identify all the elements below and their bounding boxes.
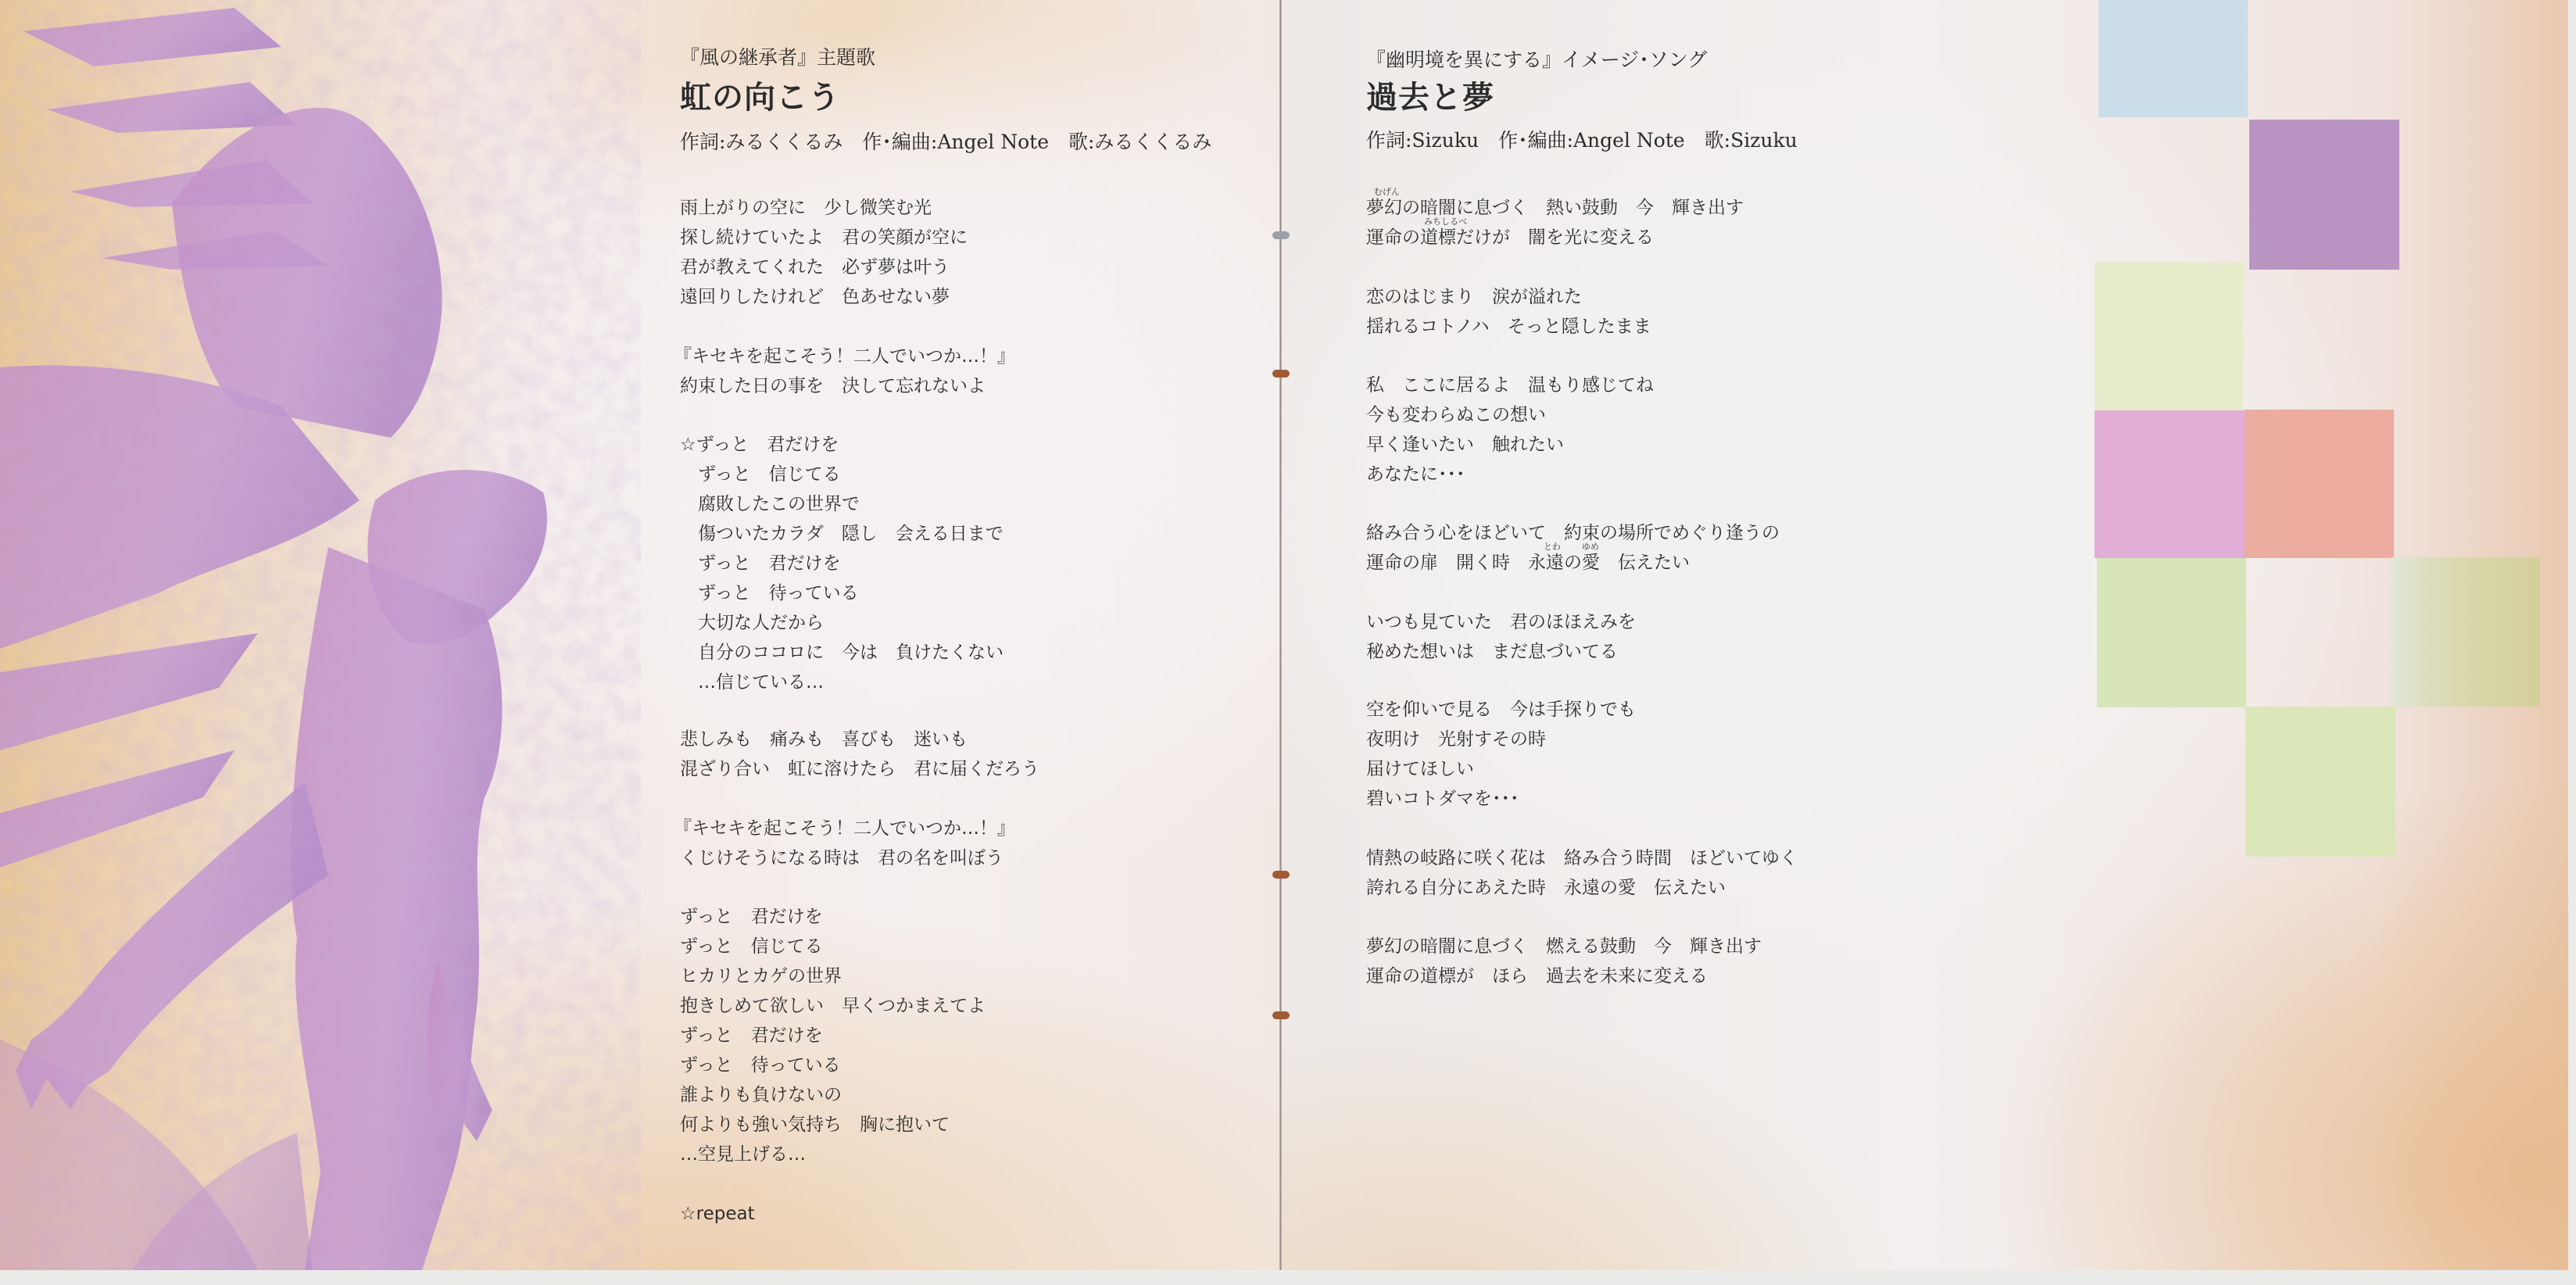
lyric-line: 悲しみも 痛みも 喜びも 迷いも: [680, 728, 968, 751]
lyric-line: ずっと 君だけを: [680, 905, 823, 929]
lyric-line: 腐敗したこの世界で: [680, 492, 860, 516]
color-square-light-green: [2097, 558, 2246, 707]
lyric-line: ずっと 君だけを: [680, 1024, 823, 1047]
lyric-line: 『キセキを起こそう！二人でいつか…！』: [674, 817, 1015, 840]
lyric-line: 夢幻の暗闇に息づく 燃える鼓動 今 輝き出す: [1366, 935, 1762, 958]
winged-figure-silhouette-illustration: [0, 0, 641, 1270]
color-square-purple: [2249, 120, 2399, 270]
lyric-line: 早く逢いたい 触れたい: [1366, 433, 1564, 456]
staple-stitch: [1272, 1011, 1290, 1019]
lyric-line: あなたに･･･: [1366, 463, 1465, 486]
color-square-light-green-bottom: [2245, 707, 2395, 857]
lyric-line: 何よりも強い気持ち 胸に抱いて: [680, 1113, 950, 1136]
lyric-line: ずっと 待っている: [680, 582, 859, 605]
lyric-line: 大切な人だから: [680, 611, 824, 635]
lyric-line: 探し続けていたよ 君の笑顔が空に: [680, 226, 968, 249]
lyric-line: 運命の道標だけが 闇を光に変える: [1366, 226, 1654, 249]
lyric-line: 絡み合う心をほどいて 約束の場所でめぐり逢うの: [1366, 521, 1780, 545]
song-credits: 作詞:みるくくるみ 作･編曲:Angel Note 歌:みるくくるみ: [680, 130, 1211, 155]
lyric-line: 秘めた想いは まだ息づいてる: [1366, 640, 1618, 664]
staple-stitch: [1272, 370, 1290, 378]
lyric-line: 運命の道標が ほら 過去を未来に変える: [1366, 965, 1708, 988]
song-credits: 作詞:Sizuku 作･編曲:Angel Note 歌:Sizuku: [1366, 128, 1798, 153]
song-subtitle: 『幽明境を異にする』イメージ･ソング: [1366, 48, 1707, 73]
lyric-line: …空見上げる…: [680, 1143, 806, 1166]
lyric-line: 約束した日の事を 決して忘れないよ: [680, 374, 986, 398]
song-subtitle: 『風の継承者』主題歌: [680, 45, 875, 70]
lyric-line: ヒカリとカゲの世界: [680, 965, 842, 988]
lyric-line: 夢幻の暗闇に息づく 熱い鼓動 今 輝き出す: [1366, 196, 1744, 220]
lyric-line: 運命の扉 開く時 永遠の愛 伝えたい: [1366, 551, 1690, 574]
lyric-line: いつも見ていた 君のほほえみを: [1366, 610, 1636, 634]
left-page: 『風の継承者』主題歌 虹の向こう 作詞:みるくくるみ 作･編曲:Angel No…: [0, 0, 1281, 1270]
color-square-blue: [2098, 0, 2248, 117]
lyric-line: 自分のココロに 今は 負けたくない: [680, 641, 1004, 664]
repeat-marker: ☆repeat: [680, 1202, 755, 1226]
lyric-line: 傷ついたカラダ 隠し 会える日まで: [680, 522, 1004, 546]
lyric-line: 君が教えてくれた 必ず夢は叶う: [680, 256, 950, 279]
lyric-line: 混ざり合い 虹に溶けたら 君に届くだろう: [680, 757, 1039, 781]
lyric-line: 恋のはじまり 涙が溢れた: [1366, 285, 1582, 309]
lyric-line: 雨上がりの空に 少し微笑む光: [680, 196, 932, 220]
lyric-line: 空を仰いで見る 今は手探りでも: [1366, 698, 1636, 721]
staple-stitch: [1272, 231, 1290, 239]
lyric-line: ずっと 信じてる: [680, 935, 823, 958]
lyric-line: 私 ここに居るよ 温もり感じてね: [1366, 374, 1654, 397]
song-title: 過去と夢: [1366, 79, 1494, 116]
lyric-line: くじけそうになる時は 君の名を叫ぼう: [680, 847, 1004, 870]
lyric-line: 誰よりも負けないの: [680, 1083, 842, 1107]
lyric-line: 夜明け 光射すその時: [1366, 728, 1546, 751]
lyric-line: …信じている…: [680, 671, 824, 694]
lyric-line: 揺れるコトノハ そっと隠したまま: [1366, 315, 1651, 338]
lyric-line: 『キセキを起こそう！二人でいつか…！』: [674, 345, 1015, 368]
lyric-line: 届けてほしい: [1366, 757, 1474, 781]
lyric-line: ずっと 信じてる: [680, 463, 841, 486]
lyric-line: 今も変わらぬこの想い: [1366, 403, 1546, 427]
right-page: 『幽明境を異にする』イメージ･ソング 過去と夢 作詞:Sizuku 作･編曲:A…: [1281, 0, 2568, 1270]
lyric-line: 遠回りしたけれど 色あせない夢: [680, 285, 950, 309]
booklet-spine: [1279, 0, 1282, 1270]
staple-stitch: [1272, 871, 1290, 879]
lyric-line: ずっと 待っている: [680, 1054, 841, 1077]
song-title: 虹の向こう: [680, 79, 840, 116]
lyric-line: 碧いコトダマを･･･: [1366, 787, 1519, 811]
lyric-line: ☆ずっと 君だけを: [680, 433, 839, 456]
color-square-pale-yellow: [2095, 262, 2243, 410]
lyric-line: 抱きしめて欲しい 早くつかまえてよ: [680, 994, 986, 1018]
color-square-pink: [2095, 410, 2245, 558]
lyric-line: ずっと 君だけを: [680, 552, 841, 575]
lyric-line: 情熱の岐路に咲く花は 絡み合う時間 ほどいてゆく: [1366, 847, 1798, 870]
color-square-salmon: [2245, 410, 2394, 558]
color-square-olive: [2391, 557, 2540, 707]
lyric-line: 誇れる自分にあえた時 永遠の愛 伝えたい: [1366, 876, 1726, 900]
